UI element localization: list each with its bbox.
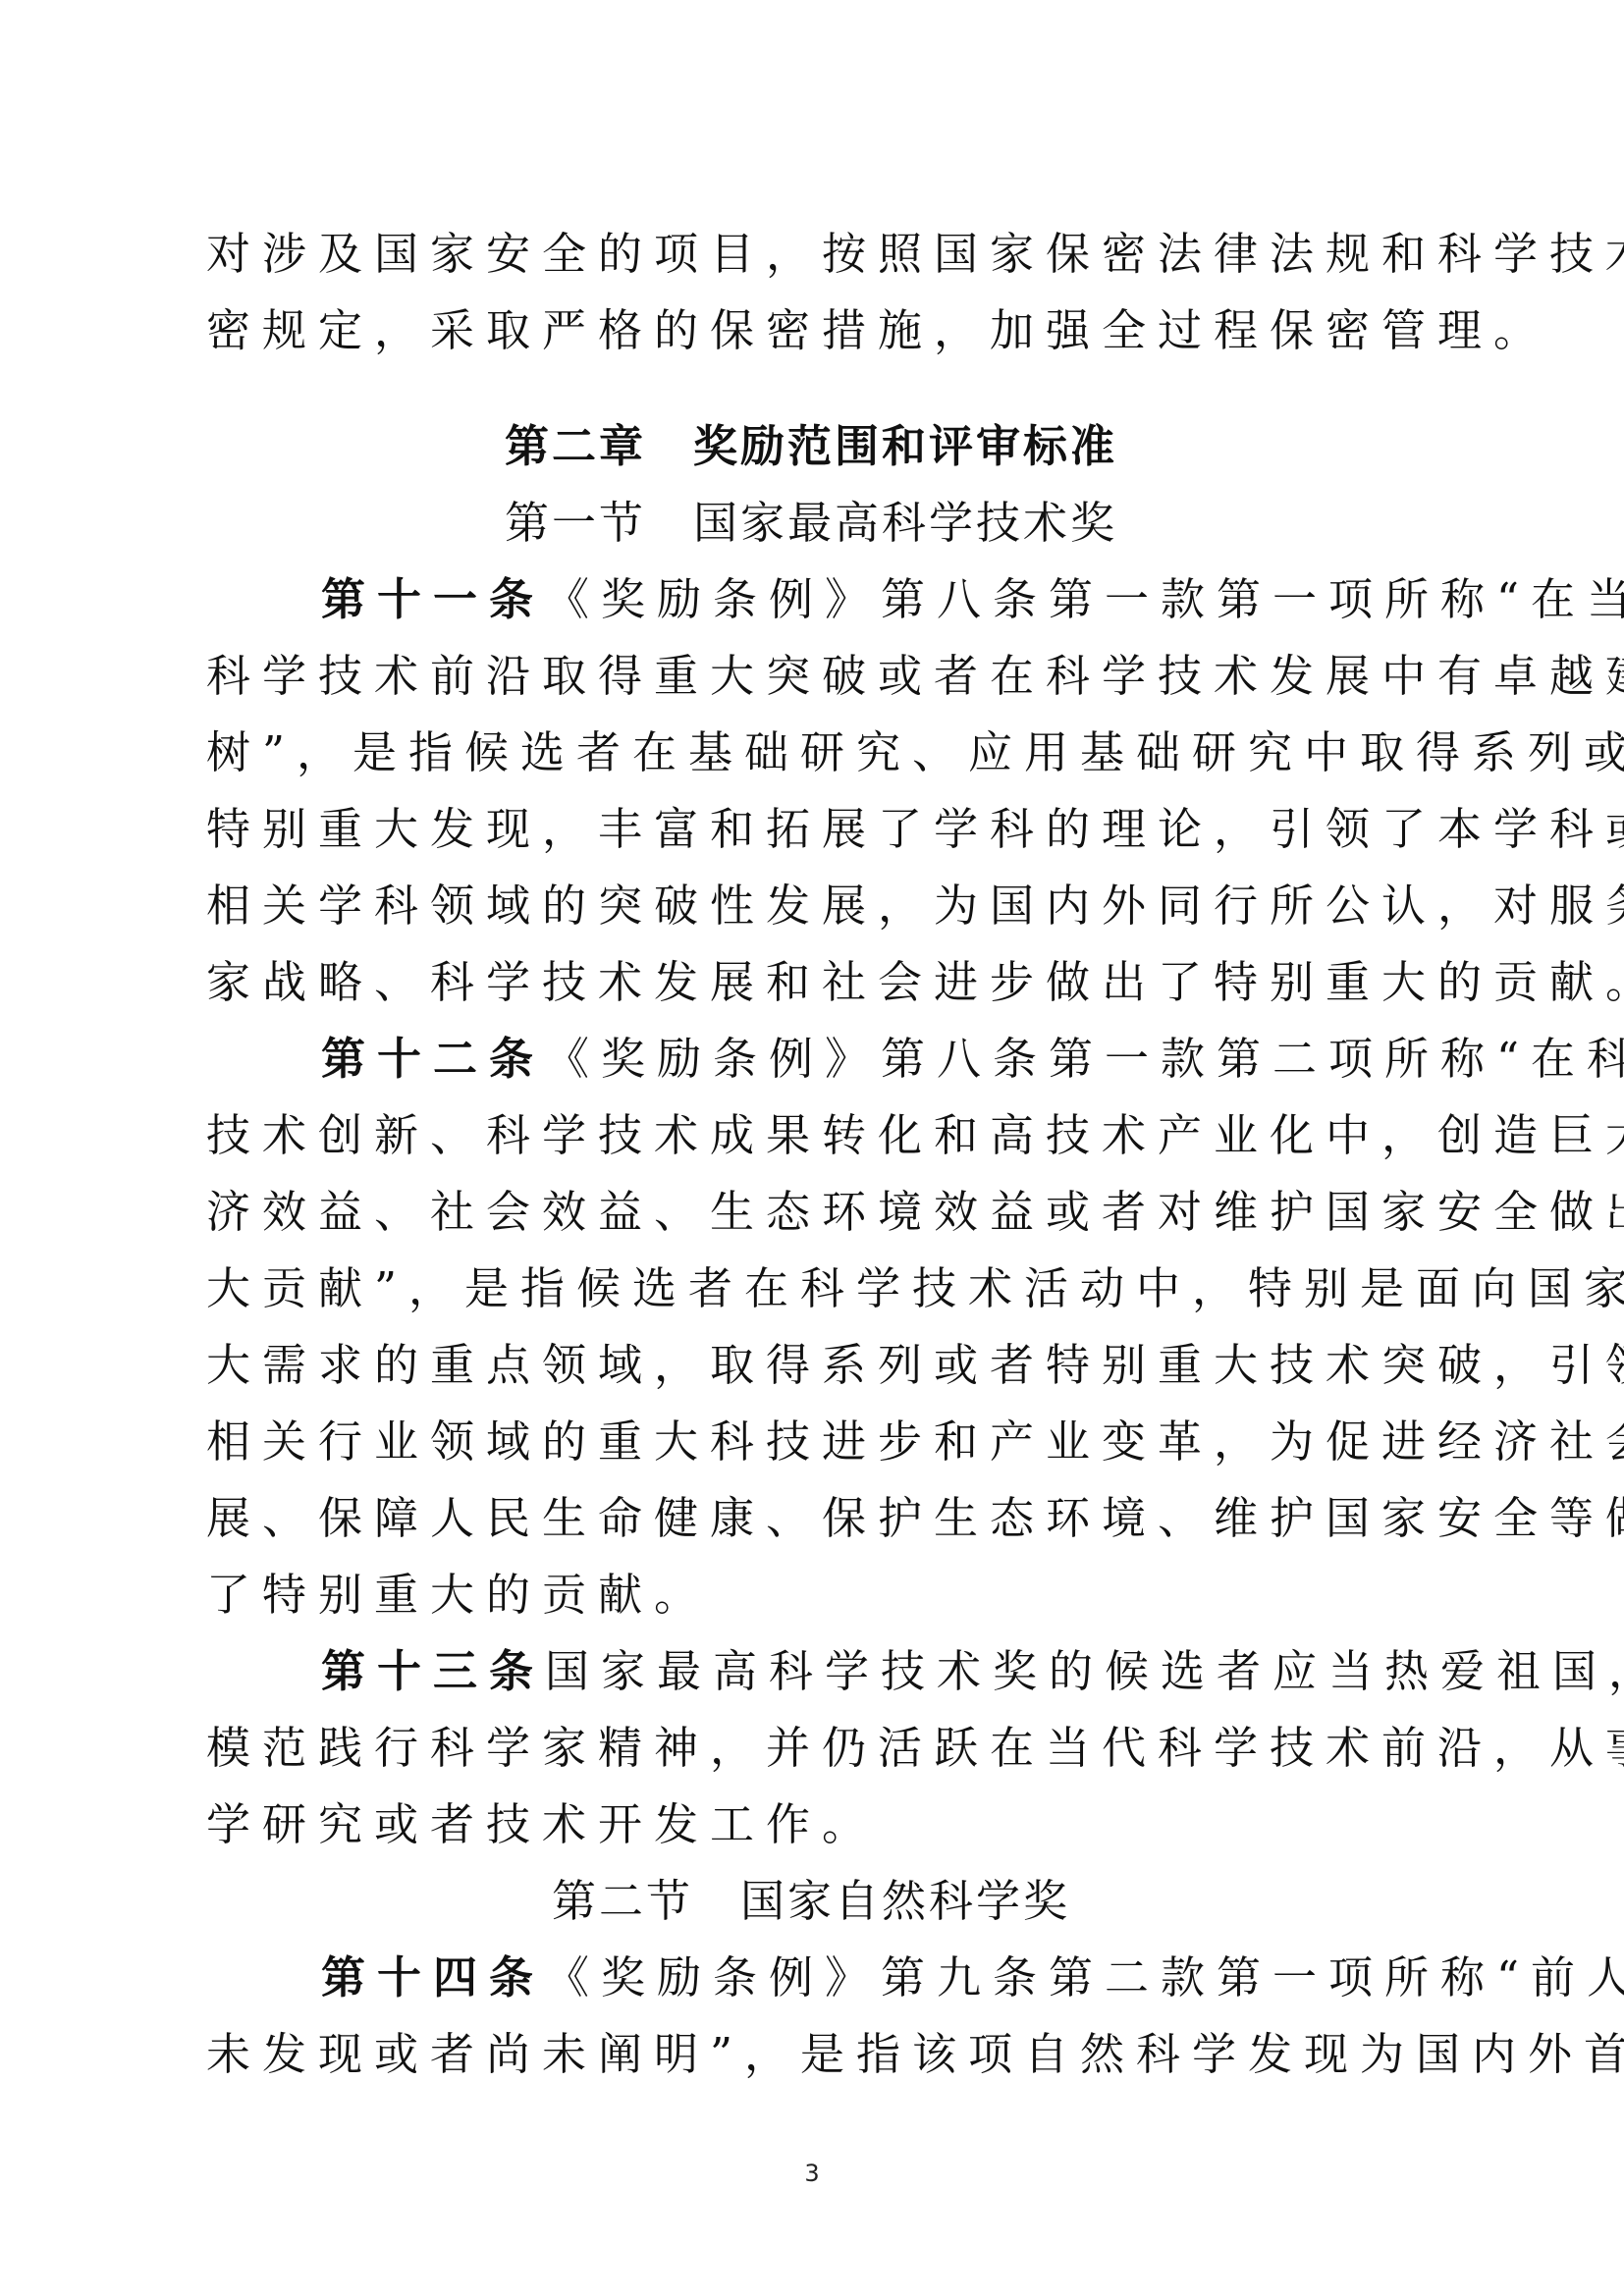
article-text: 《奖励条例》第八条第一款第一项所称“在当代 — [545, 573, 1624, 625]
article-label: 第十四条 — [321, 1951, 545, 2003]
article-first-line: 第十三条国家最高科学技术奖的候选者应当热爱祖国， — [206, 1633, 1416, 1710]
paragraph-line: 大需求的重点领域，取得系列或者特别重大技术突破，引领了 — [206, 1327, 1416, 1404]
article-first-line: 第十二条《奖励条例》第八条第一款第二项所称“在科学 — [206, 1021, 1416, 1097]
paragraph-line: 密规定，采取严格的保密措施，加强全过程保密管理。 — [206, 293, 1416, 369]
paragraph-line: 模范践行科学家精神，并仍活跃在当代科学技术前沿，从事科 — [206, 1710, 1416, 1787]
article-13: 第十三条国家最高科学技术奖的候选者应当热爱祖国， 模范践行科学家精神，并仍活跃在… — [206, 1633, 1416, 1863]
paragraph-line: 特别重大发现，丰富和拓展了学科的理论，引领了本学科或者 — [206, 791, 1416, 868]
paragraph-line: 科学技术前沿取得重大突破或者在科学技术发展中有卓越建 — [206, 638, 1416, 715]
chapter-heading: 第二章 奖励范围和评审标准 — [206, 408, 1416, 485]
paragraph-line: 大贡献”，是指候选者在科学技术活动中，特别是面向国家重 — [206, 1251, 1416, 1327]
paragraph-line: 济效益、社会效益、生态环境效益或者对维护国家安全做出巨 — [206, 1174, 1416, 1251]
article-first-line: 第十一条《奖励条例》第八条第一款第一项所称“在当代 — [206, 561, 1416, 638]
article-label: 第十三条 — [321, 1645, 545, 1697]
section-heading: 第一节 国家最高科学技术奖 — [206, 485, 1416, 561]
paragraph-line: 学研究或者技术开发工作。 — [206, 1787, 1416, 1863]
opening-paragraph: 对涉及国家安全的项目，按照国家保密法律法规和科学技术保 密规定，采取严格的保密措… — [206, 216, 1416, 369]
paragraph-line: 树”，是指候选者在基础研究、应用基础研究中取得系列或者 — [206, 715, 1416, 791]
paragraph-line: 相关行业领域的重大科技进步和产业变革，为促进经济社会发 — [206, 1404, 1416, 1480]
paragraph-line: 了特别重大的贡献。 — [206, 1557, 1416, 1633]
article-text: 国家最高科学技术奖的候选者应当热爱祖国， — [545, 1645, 1624, 1697]
paragraph-line: 家战略、科学技术发展和社会进步做出了特别重大的贡献。 — [206, 944, 1416, 1021]
article-text: 《奖励条例》第八条第一款第二项所称“在科学 — [545, 1033, 1624, 1085]
paragraph-line: 未发现或者尚未阐明”，是指该项自然科学发现为国内外首次 — [206, 2016, 1416, 2093]
article-11: 第十一条《奖励条例》第八条第一款第一项所称“在当代 科学技术前沿取得重大突破或者… — [206, 561, 1416, 1021]
article-text: 《奖励条例》第九条第二款第一项所称“前人尚 — [545, 1951, 1624, 2003]
page-number: 3 — [0, 2160, 1624, 2187]
paragraph-line: 展、保障人民生命健康、保护生态环境、维护国家安全等做出 — [206, 1480, 1416, 1557]
paragraph-line: 对涉及国家安全的项目，按照国家保密法律法规和科学技术保 — [206, 216, 1416, 293]
article-label: 第十一条 — [321, 573, 545, 625]
paragraph-line: 相关学科领域的突破性发展，为国内外同行所公认，对服务国 — [206, 868, 1416, 944]
article-label: 第十二条 — [321, 1033, 545, 1085]
article-12: 第十二条《奖励条例》第八条第一款第二项所称“在科学 技术创新、科学技术成果转化和… — [206, 1021, 1416, 1633]
document-page: 对涉及国家安全的项目，按照国家保密法律法规和科学技术保 密规定，采取严格的保密措… — [206, 216, 1416, 2093]
article-first-line: 第十四条《奖励条例》第九条第二款第一项所称“前人尚 — [206, 1940, 1416, 2016]
article-14: 第十四条《奖励条例》第九条第二款第一项所称“前人尚 未发现或者尚未阐明”，是指该… — [206, 1940, 1416, 2093]
paragraph-line: 技术创新、科学技术成果转化和高技术产业化中，创造巨大经 — [206, 1097, 1416, 1174]
section-heading: 第二节 国家自然科学奖 — [206, 1863, 1416, 1940]
